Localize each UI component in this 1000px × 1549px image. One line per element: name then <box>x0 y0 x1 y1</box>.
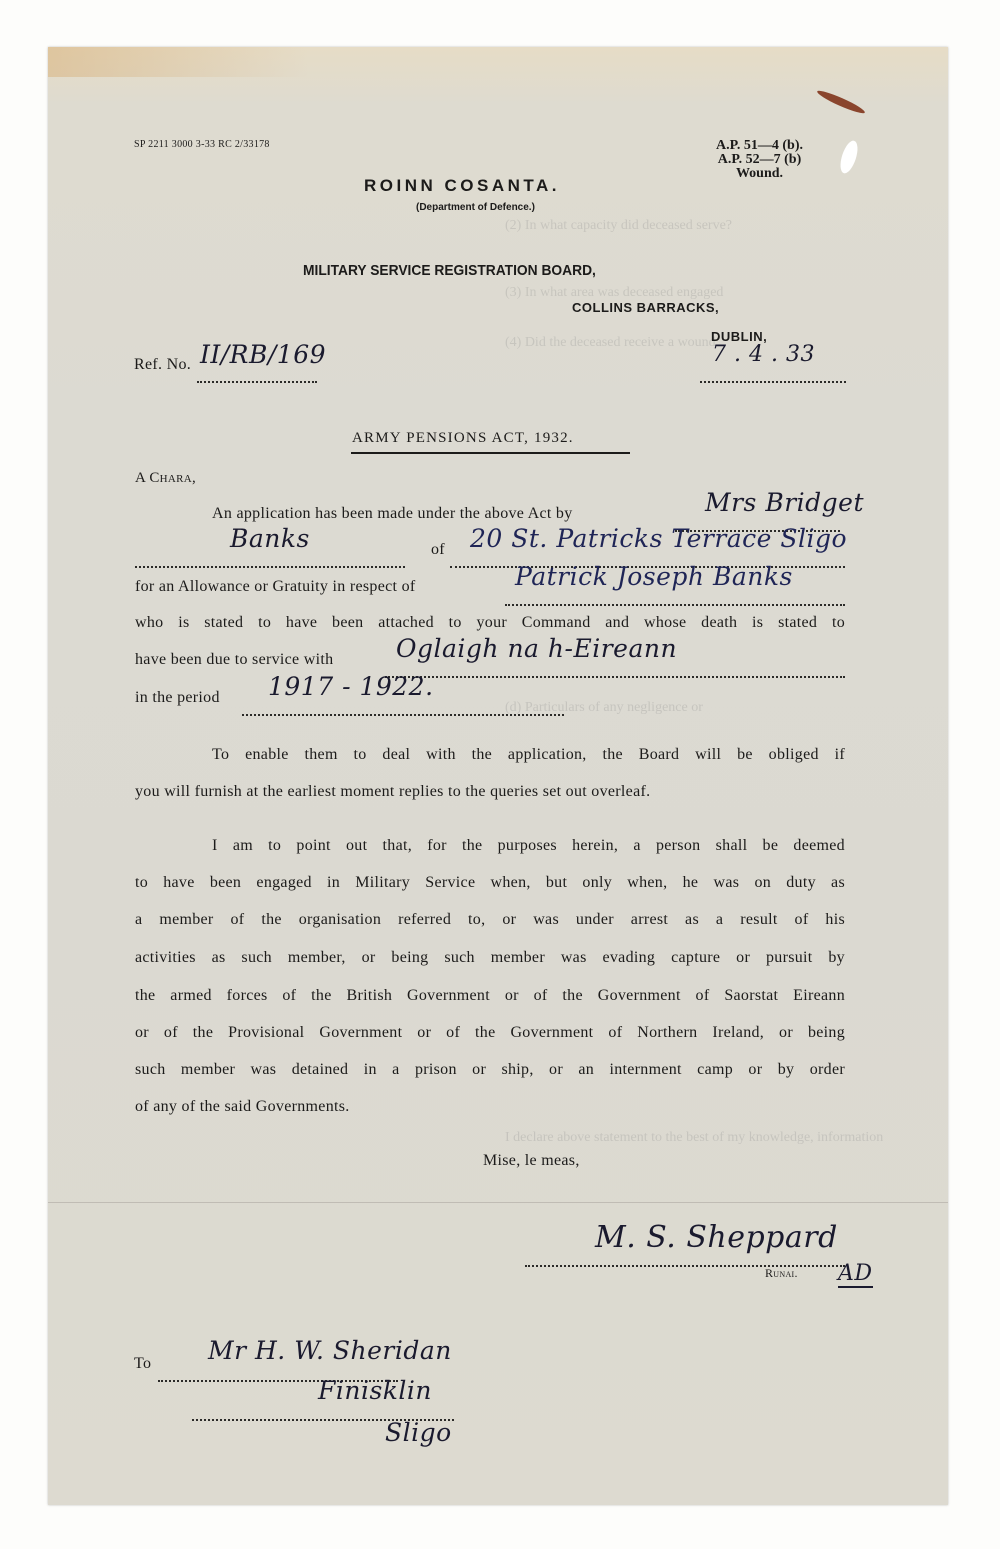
show-through-text: (3) In what area was deceased engaged <box>505 285 723 301</box>
definition-paragraph-line: a member of the organisation referred to… <box>135 911 845 929</box>
period-label: in the period <box>135 689 220 707</box>
definition-paragraph-line: such member was detained in a prison or … <box>135 1061 845 1079</box>
deceased-dotted-line <box>505 593 845 611</box>
ref-label: Ref. No. <box>134 356 191 374</box>
form-references: A.P. 51—4 (b). A.P. 52—7 (b) Wound. <box>716 139 803 181</box>
paper-fold <box>48 1202 948 1203</box>
enable-paragraph-line: you will furnish at the earliest moment … <box>135 783 650 801</box>
form-code: SP 2211 3000 3-33 RC 2/33178 <box>134 139 270 150</box>
act-title: ARMY PENSIONS ACT, 1932. <box>352 430 574 447</box>
signature-title: Runai. <box>765 1266 798 1281</box>
letter-date: 7 . 4 . 33 <box>712 342 815 367</box>
of-label: of <box>431 541 445 559</box>
definition-paragraph-line: the armed forces of the British Governme… <box>135 987 845 1005</box>
salutation: A Chara, <box>135 470 196 487</box>
attached-text: who is stated to have been attached to y… <box>135 614 845 632</box>
service-dotted-line <box>385 665 845 683</box>
deceased-name: Patrick Joseph Banks <box>515 562 793 591</box>
definition-paragraph-line: I am to point out that, for the purposes… <box>212 837 845 855</box>
enable-paragraph-line: To enable them to deal with the applicat… <box>212 746 845 764</box>
act-title-underline <box>351 452 630 454</box>
board-title: MILITARY SERVICE REGISTRATION BOARD, <box>303 262 596 279</box>
applicant-name-dotted-line <box>135 555 405 573</box>
form-ref: Wound. <box>716 167 803 181</box>
respect-label: for an Allowance or Gratuity in respect … <box>135 578 416 596</box>
service-period: 1917 - 1922. <box>268 672 434 701</box>
ref-number: II/RB/169 <box>200 340 326 369</box>
aged-edge <box>48 47 308 77</box>
recipient-town: Sligo <box>385 1418 452 1447</box>
definition-paragraph-line: or of the Provisional Government or of t… <box>135 1024 845 1042</box>
recipient-name: Mr H. W. Sheridan <box>208 1336 452 1365</box>
applicant-address: 20 St. Patricks Terrace Sligo <box>470 524 847 553</box>
applicant-name-line2: Banks <box>230 524 310 553</box>
date-dotted-line <box>700 370 846 388</box>
department-title: ROINN COSANTA. <box>364 176 560 196</box>
definition-paragraph-line: of any of the said Governments. <box>135 1098 350 1116</box>
closing: Mise, le meas, <box>483 1152 580 1170</box>
form-ref: A.P. 51—4 (b). <box>716 139 803 153</box>
show-through-text: (4) Did the deceased receive a wound <box>505 335 716 351</box>
definition-paragraph-line: to have been engaged in Military Service… <box>135 874 845 892</box>
ref-dotted-line <box>197 370 317 388</box>
show-through-text: (2) In what capacity did deceased serve? <box>505 218 732 234</box>
signature: M. S. Sheppard <box>595 1220 838 1255</box>
definition-paragraph-line: activities as such member, or being such… <box>135 949 845 967</box>
show-through-text: I declare above statement to the best of… <box>505 1130 883 1146</box>
service-label: have been due to service with <box>135 651 333 669</box>
service-organisation: Oglaigh na h-Eireann <box>396 634 677 663</box>
applicant-intro: An application has been made under the a… <box>212 505 573 523</box>
form-ref: A.P. 52—7 (b) <box>716 153 803 167</box>
recipient-address-line: Finisklin <box>318 1376 432 1405</box>
address-line-1: COLLINS BARRACKS, <box>572 300 719 315</box>
initials: AD <box>838 1262 873 1288</box>
to-label: To <box>134 1355 151 1373</box>
department-subtitle: (Department of Defence.) <box>416 202 535 213</box>
period-dotted-line <box>242 703 564 721</box>
applicant-name-line1: Mrs Bridget <box>705 488 864 517</box>
